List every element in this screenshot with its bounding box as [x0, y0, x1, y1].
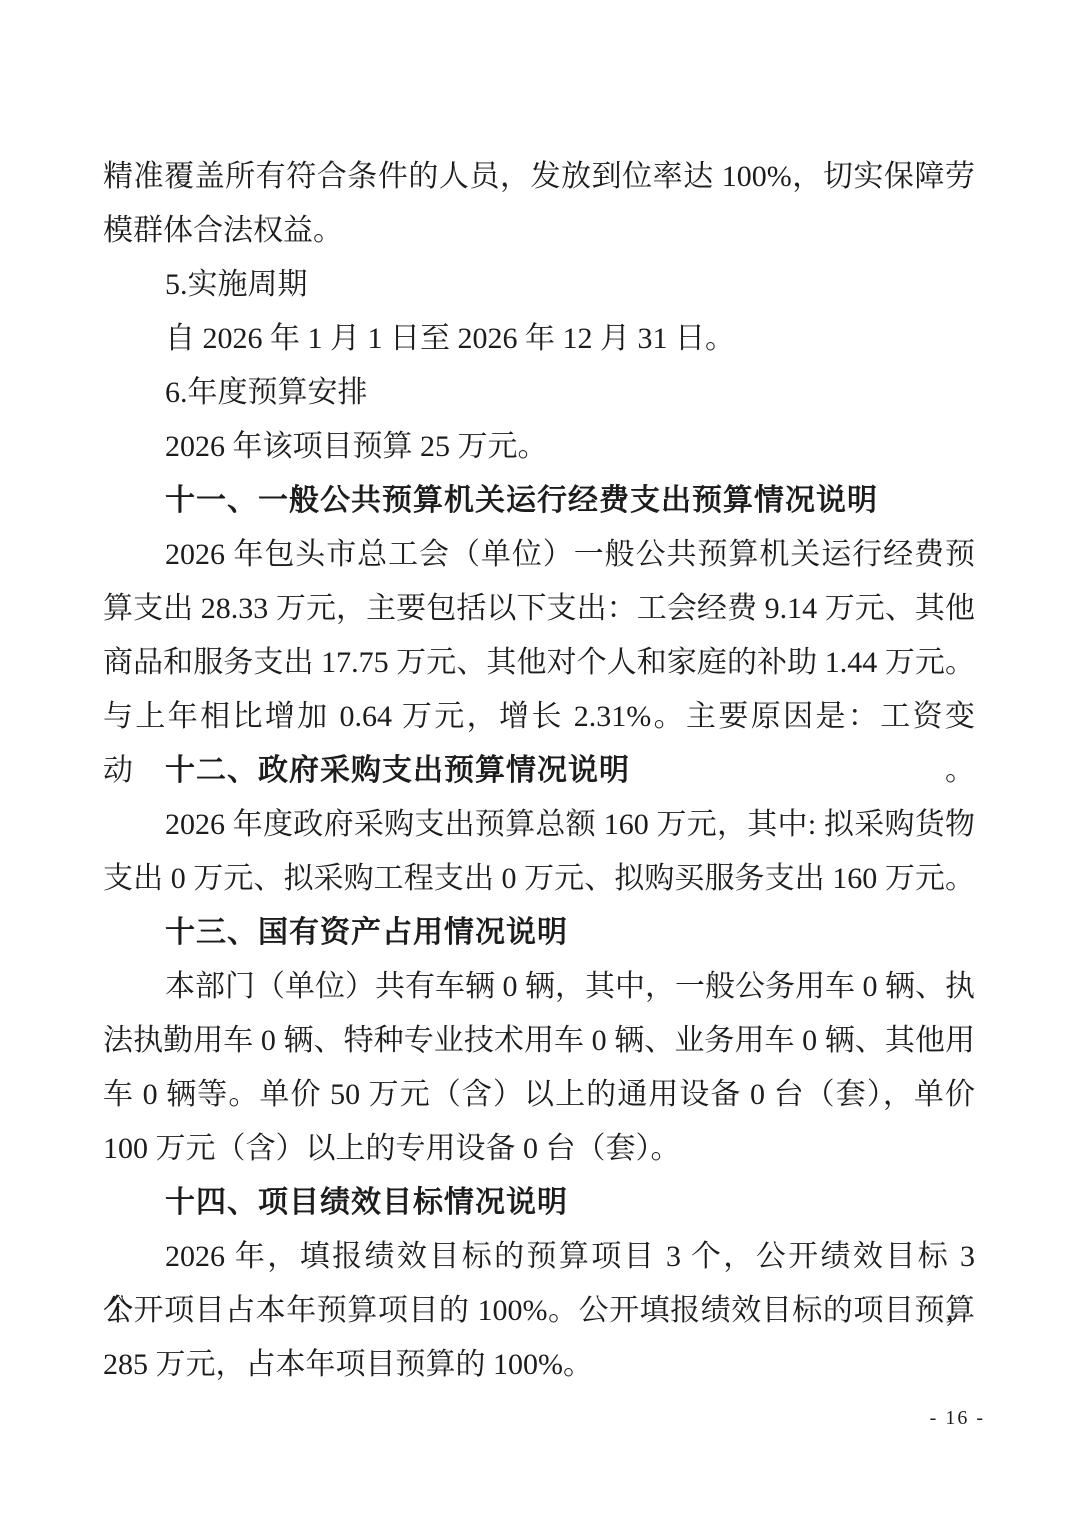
- heading-line: 十四、项目绩效目标情况说明: [103, 1176, 975, 1230]
- body-paragraph: 2026 年该项目预算 25 万元。: [103, 420, 975, 474]
- text-line: 5.实施周期: [103, 258, 975, 312]
- body-paragraph: 本部门（单位）共有车辆 0 辆，其中，一般公务用车 0 辆、执法执勤用车 0 辆…: [103, 960, 975, 1176]
- text-line: 2026 年，填报绩效目标的预算项目 3 个，公开绩效目标 3 个，: [103, 1230, 975, 1284]
- body-paragraph: 精准覆盖所有符合条件的人员，发放到位率达 100%，切实保障劳模群体合法权益。: [103, 150, 975, 258]
- text-line: 2026 年度政府采购支出预算总额 160 万元，其中: 拟采购货物: [103, 798, 975, 852]
- body-paragraph: 6.年度预算安排: [103, 366, 975, 420]
- body-paragraph: 2026 年包头市总工会（单位）一般公共预算机关运行经费预算支出 28.33 万…: [103, 528, 975, 744]
- section-heading: 十三、国有资产占用情况说明: [103, 906, 975, 960]
- section-heading: 十四、项目绩效目标情况说明: [103, 1176, 975, 1230]
- text-line: 商品和服务支出 17.75 万元、其他对个人和家庭的补助 1.44 万元。: [103, 636, 975, 690]
- text-line: 100 万元（含）以上的专用设备 0 台（套）。: [103, 1122, 975, 1176]
- text-line: 自 2026 年 1 月 1 日至 2026 年 12 月 31 日。: [103, 312, 975, 366]
- text-line: 285 万元，占本年项目预算的 100%。: [103, 1338, 975, 1392]
- body-paragraph: 2026 年度政府采购支出预算总额 160 万元，其中: 拟采购货物支出 0 万…: [103, 798, 975, 906]
- text-line: 模群体合法权益。: [103, 204, 975, 258]
- text-line: 公开项目占本年预算项目的 100%。公开填报绩效目标的项目预算: [103, 1284, 975, 1338]
- body-paragraph: 自 2026 年 1 月 1 日至 2026 年 12 月 31 日。: [103, 312, 975, 366]
- heading-line: 十三、国有资产占用情况说明: [103, 906, 975, 960]
- text-line: 与上年相比增加 0.64 万元，增长 2.31%。主要原因是：工资变动。: [103, 690, 975, 744]
- text-line: 支出 0 万元、拟采购工程支出 0 万元、拟购买服务支出 160 万元。: [103, 852, 975, 906]
- document-body: 精准覆盖所有符合条件的人员，发放到位率达 100%，切实保障劳模群体合法权益。5…: [103, 150, 975, 1392]
- text-line: 精准覆盖所有符合条件的人员，发放到位率达 100%，切实保障劳: [103, 150, 975, 204]
- section-heading: 十一、一般公共预算机关运行经费支出预算情况说明: [103, 474, 975, 528]
- heading-line: 十一、一般公共预算机关运行经费支出预算情况说明: [103, 474, 975, 528]
- text-line: 2026 年该项目预算 25 万元。: [103, 420, 975, 474]
- text-line: 2026 年包头市总工会（单位）一般公共预算机关运行经费预: [103, 528, 975, 582]
- text-line: 法执勤用车 0 辆、特种专业技术用车 0 辆、业务用车 0 辆、其他用: [103, 1014, 975, 1068]
- body-paragraph: 2026 年，填报绩效目标的预算项目 3 个，公开绩效目标 3 个，公开项目占本…: [103, 1230, 975, 1392]
- document-page: 精准覆盖所有符合条件的人员，发放到位率达 100%，切实保障劳模群体合法权益。5…: [0, 0, 1075, 1520]
- text-line: 6.年度预算安排: [103, 366, 975, 420]
- page-number: - 16 -: [930, 1406, 985, 1430]
- body-paragraph: 5.实施周期: [103, 258, 975, 312]
- text-line: 本部门（单位）共有车辆 0 辆，其中，一般公务用车 0 辆、执: [103, 960, 975, 1014]
- text-line: 算支出 28.33 万元，主要包括以下支出：工会经费 9.14 万元、其他: [103, 582, 975, 636]
- text-line: 车 0 辆等。单价 50 万元（含）以上的通用设备 0 台（套），单价: [103, 1068, 975, 1122]
